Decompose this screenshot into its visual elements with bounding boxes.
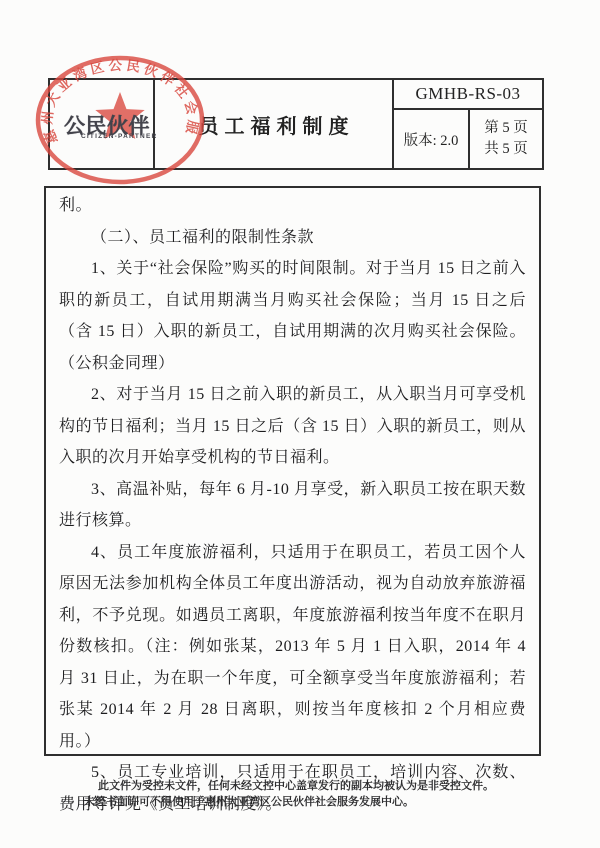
version-label: 版本: 2.0 <box>394 110 470 168</box>
doc-number: GMHB-RS-03 <box>394 80 542 110</box>
clause-1: 1、关于“社会保险”购买的时间限制。对于当月 15 日之前入职的新员工，自试用期… <box>59 253 526 379</box>
title-cell: 员工福利制度 <box>155 80 392 168</box>
controlled-document-notice: 此文件为受控未文件，任何未经文控中心盖章发行的副本均被认为是非受控文件。未经书面… <box>84 779 504 810</box>
page-indicator: 第 5 页 共 5 页 <box>470 110 542 168</box>
clause-2: 2、对于当月 15 日之前入职的新员工，从入职当月可享受机构的节日福利；当月 1… <box>59 379 526 474</box>
document-body: 利。 （二）、员工福利的限制性条款 1、关于“社会保险”购买的时间限制。对于当月… <box>44 186 541 756</box>
org-logo-caption: CITIZEN-PARTNER <box>81 133 157 140</box>
page-total: 共 5 页 <box>484 139 528 160</box>
page-title: 员工福利制度 <box>193 110 355 139</box>
doc-meta-cell: GMHB-RS-03 版本: 2.0 第 5 页 共 5 页 <box>392 80 542 168</box>
clause-3: 3、高温补贴，每年 6 月-10 月享受，新入职员工按在职天数进行核算。 <box>59 474 526 537</box>
clause-4: 4、员工年度旅游福利，只适用于在职员工，若员工因个人原因无法参加机构全体员工年度… <box>59 537 526 758</box>
paragraph-continuation: 利。 <box>59 190 526 222</box>
header-table: 公民伙伴 CITIZEN-PARTNER 员工福利制度 GMHB-RS-03 版… <box>48 78 544 170</box>
page-current: 第 5 页 <box>484 118 528 139</box>
logo-cell: 公民伙伴 CITIZEN-PARTNER <box>50 80 155 168</box>
scanned-document-page: { "colors": { "stamp_red": "#d8473e", "b… <box>0 0 600 848</box>
section-heading: （二）、员工福利的限制性条款 <box>59 222 526 254</box>
